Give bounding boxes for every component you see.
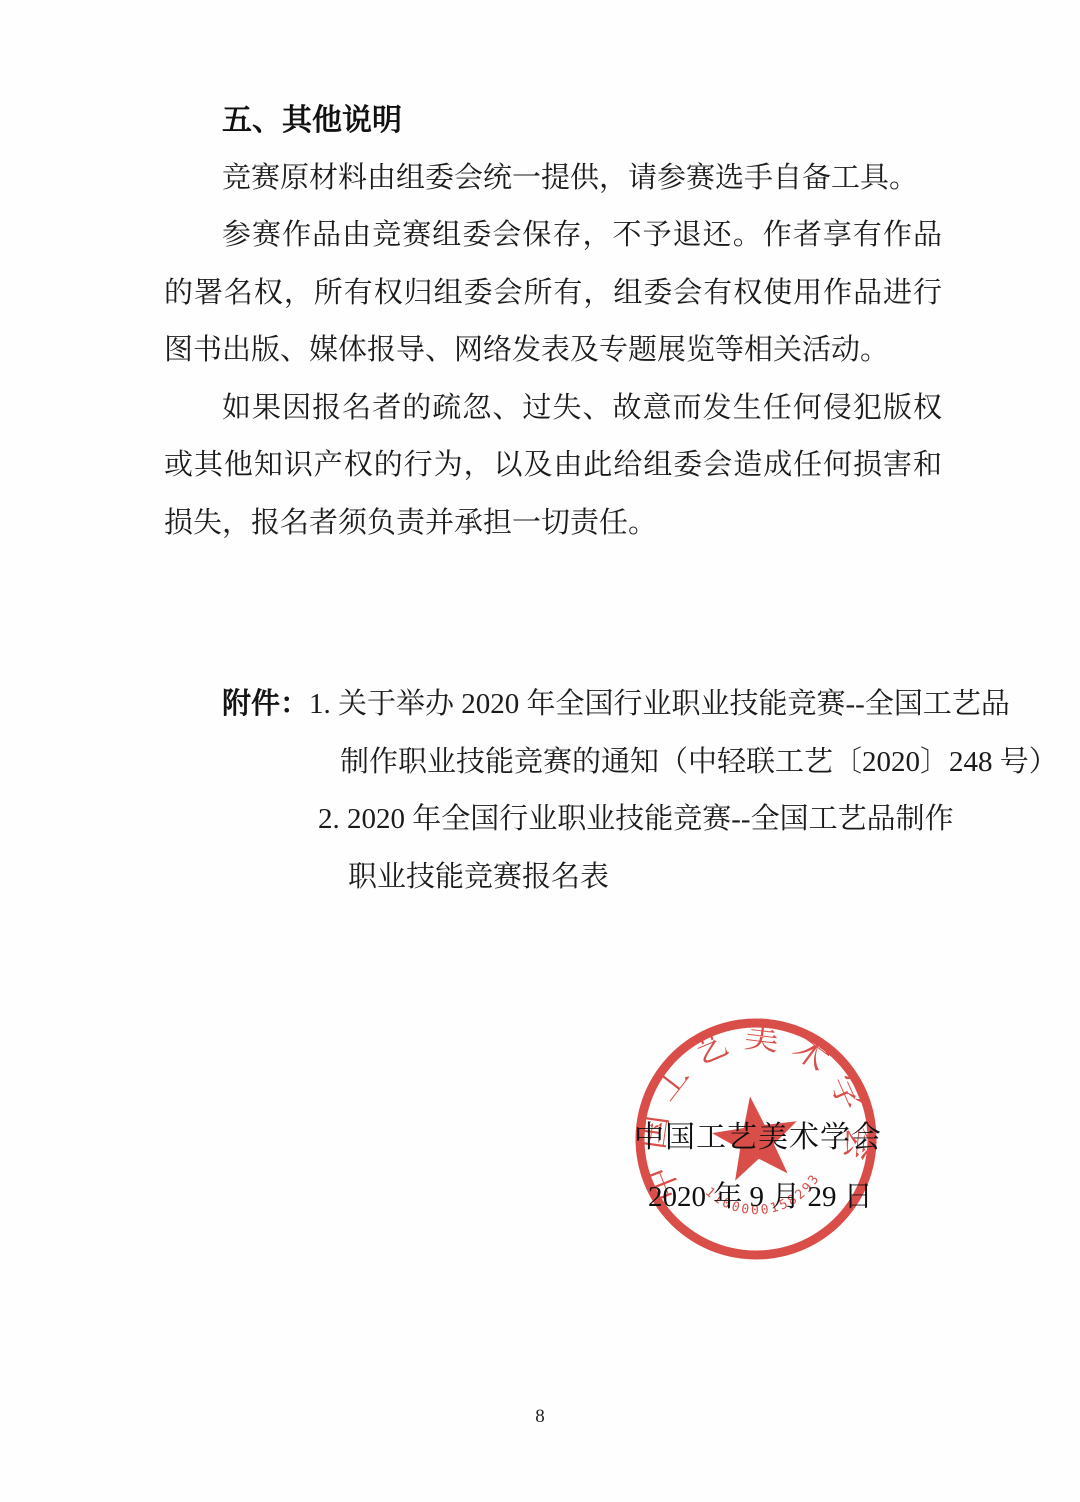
paragraph-liability: 如果因报名者的疏忽、过失、故意而发生任何侵犯版权或其他知识产权的行为，以及由此给… bbox=[164, 380, 942, 553]
document-page: 五、其他说明 竞赛原材料由组委会统一提供，请参赛选手自备工具。 参赛作品由竞赛组… bbox=[0, 0, 1080, 1502]
signature-date: 2020 年 9 月 29 日 bbox=[648, 1174, 873, 1215]
page-number: 8 bbox=[0, 1406, 1080, 1428]
attachment-item-2-line-1: 2. 2020 年全国行业职业技能竞赛--全国工艺品制作 bbox=[164, 791, 964, 849]
document-body: 五、其他说明 竞赛原材料由组委会统一提供，请参赛选手自备工具。 参赛作品由竞赛组… bbox=[164, 92, 942, 552]
attachment-item-1-line-1: 附件：1. 关于举办 2020 年全国行业职业技能竞赛--全国工艺品 bbox=[164, 676, 964, 734]
section-heading: 五、其他说明 bbox=[164, 92, 942, 150]
attachment-item-1-text: 1. 关于举办 2020 年全国行业职业技能竞赛--全国工艺品 bbox=[309, 688, 1010, 720]
attachment-list: 附件：1. 关于举办 2020 年全国行业职业技能竞赛--全国工艺品 制作职业技… bbox=[164, 676, 964, 906]
attachment-item-1-line-2: 制作职业技能竞赛的通知（中轻联工艺〔2020〕248 号） bbox=[164, 734, 964, 792]
attachment-label: 附件： bbox=[222, 688, 309, 720]
paragraph-materials: 竞赛原材料由组委会统一提供，请参赛选手自备工具。 bbox=[164, 150, 942, 208]
paragraph-ownership: 参赛作品由竞赛组委会保存，不予退还。作者享有作品的署名权，所有权归组委会所有，组… bbox=[164, 207, 942, 380]
signature-organization: 中国工艺美术学会 bbox=[634, 1112, 882, 1156]
attachment-item-2-line-2: 职业技能竞赛报名表 bbox=[164, 849, 964, 907]
